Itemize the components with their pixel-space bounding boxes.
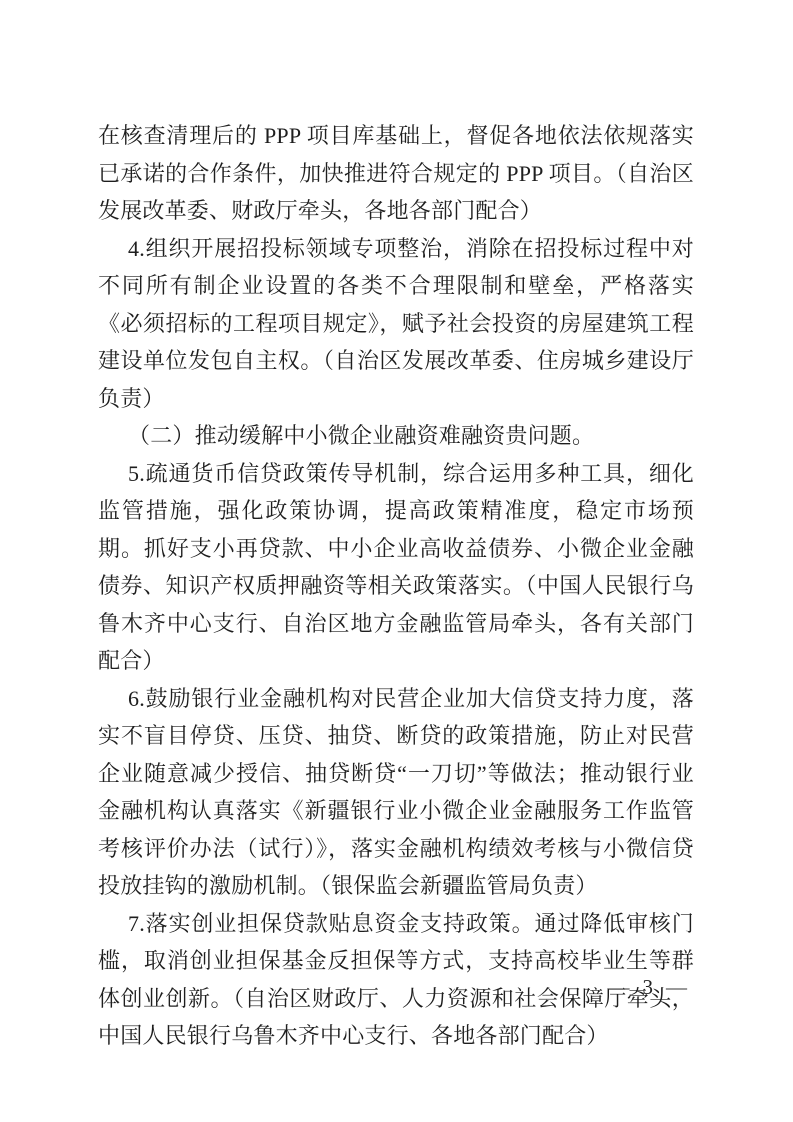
- document-page: 在核查清理后的 PPP 项目库基础上，督促各地依法依规落实已承诺的合作条件，加快…: [0, 0, 793, 1122]
- page-footer: — 3 —: [609, 975, 688, 999]
- body-paragraph-item-7: 7.落实创业担保贷款贴息资金支持政策。通过降低审核门槛，取消创业担保基金反担保等…: [98, 905, 694, 1055]
- page-number-dash-left: —: [609, 975, 630, 999]
- body-paragraph-item-5: 5.疏通货币信贷政策传导机制，综合运用多种工具，细化监管措施，强化政策协调，提高…: [98, 455, 694, 680]
- page-number: 3: [643, 975, 654, 999]
- body-paragraph-continuation: 在核查清理后的 PPP 项目库基础上，督促各地依法依规落实已承诺的合作条件，加快…: [98, 117, 694, 230]
- page-number-dash-right: —: [666, 975, 687, 999]
- document-body: 在核查清理后的 PPP 项目库基础上，督促各地依法依规落实已承诺的合作条件，加快…: [98, 117, 694, 1055]
- section-heading-2: （二）推动缓解中小微企业融资难融资贵问题。: [98, 417, 694, 455]
- body-paragraph-item-6: 6.鼓励银行业金融机构对民营企业加大信贷支持力度，落实不盲目停贷、压贷、抽贷、断…: [98, 680, 694, 905]
- body-paragraph-item-4: 4.组织开展招投标领域专项整治，消除在招投标过程中对不同所有制企业设置的各类不合…: [98, 230, 694, 418]
